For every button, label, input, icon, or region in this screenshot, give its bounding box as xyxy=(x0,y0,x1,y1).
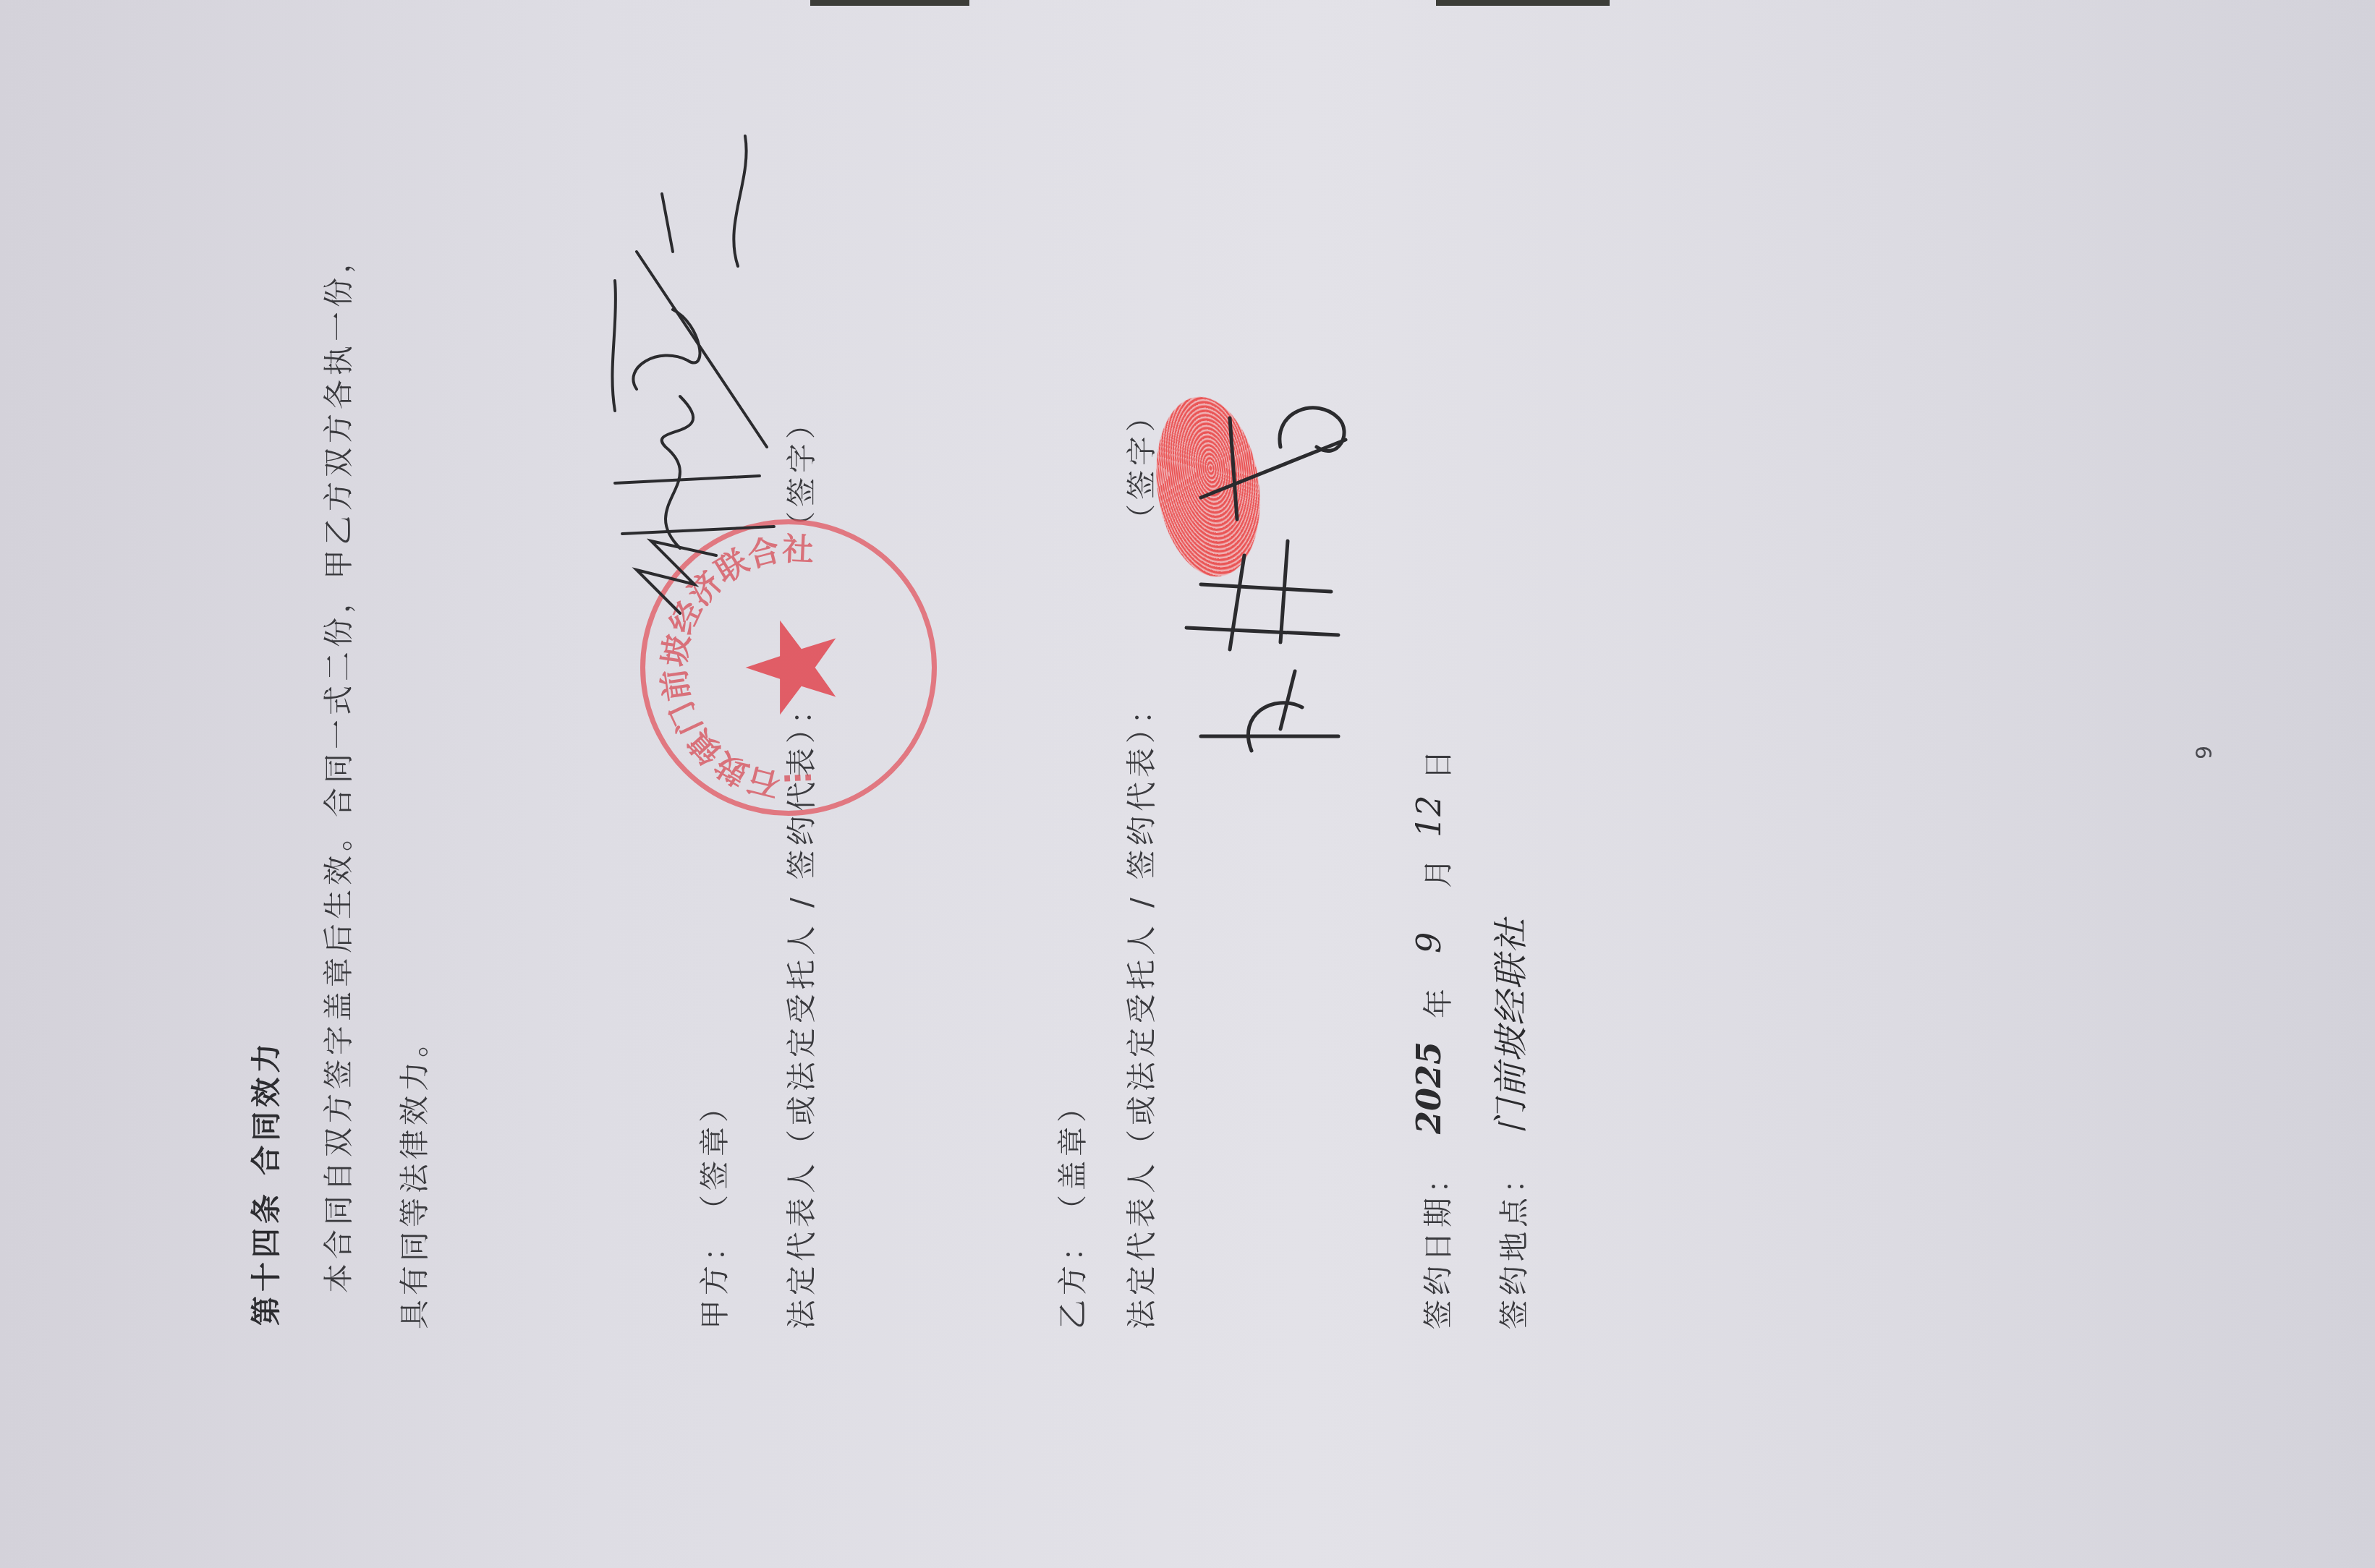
party-b-sign-hint: （签字） xyxy=(1118,398,1160,534)
signing-date-month: 9 xyxy=(1409,932,1448,953)
seal-star-icon xyxy=(746,621,836,715)
signing-date-label: 签约日期： xyxy=(1414,1159,1457,1329)
party-a-label: 甲方： xyxy=(691,1227,734,1329)
party-b-label: 乙方： xyxy=(1049,1227,1092,1329)
party-b-seal-hint: （盖章） xyxy=(1049,1088,1092,1224)
page-number: 9 xyxy=(2192,746,2217,759)
contract-page: 第十四条 合同效力 本合同自双方签字盖章后生效。合同一式二份，甲乙方双方各执一份… xyxy=(0,0,2375,1568)
signing-date-day-unit: 日 xyxy=(1414,750,1457,780)
signing-date-day: 12 xyxy=(1409,795,1448,838)
article-heading: 第十四条 合同效力 xyxy=(242,1039,285,1326)
party-b-signature xyxy=(1172,382,1367,758)
signing-date-year-unit: 年 xyxy=(1414,989,1457,1018)
party-b-representative-label: 法定代表人（或法定受托人 / 签约代表）： xyxy=(1118,691,1160,1329)
signing-place-handwritten: 门前坡经联社 xyxy=(1483,917,1533,1134)
document-photo: 第十四条 合同效力 本合同自双方签字盖章后生效。合同一式二份，甲乙方双方各执一份… xyxy=(0,0,2375,1568)
paragraph-line-2: 具有同等法律效力。 xyxy=(391,1023,433,1329)
paragraph-line-1: 本合同自双方签字盖章后生效。合同一式二份，甲乙方双方各执一份， xyxy=(315,239,357,1293)
party-a-signature xyxy=(593,122,810,628)
party-a-seal-hint: （签章） xyxy=(691,1088,734,1224)
signing-date-month-unit: 月 xyxy=(1414,858,1457,888)
signing-date-year: 2025 xyxy=(1409,1041,1448,1134)
signing-place-label: 签约地点： xyxy=(1490,1159,1533,1329)
